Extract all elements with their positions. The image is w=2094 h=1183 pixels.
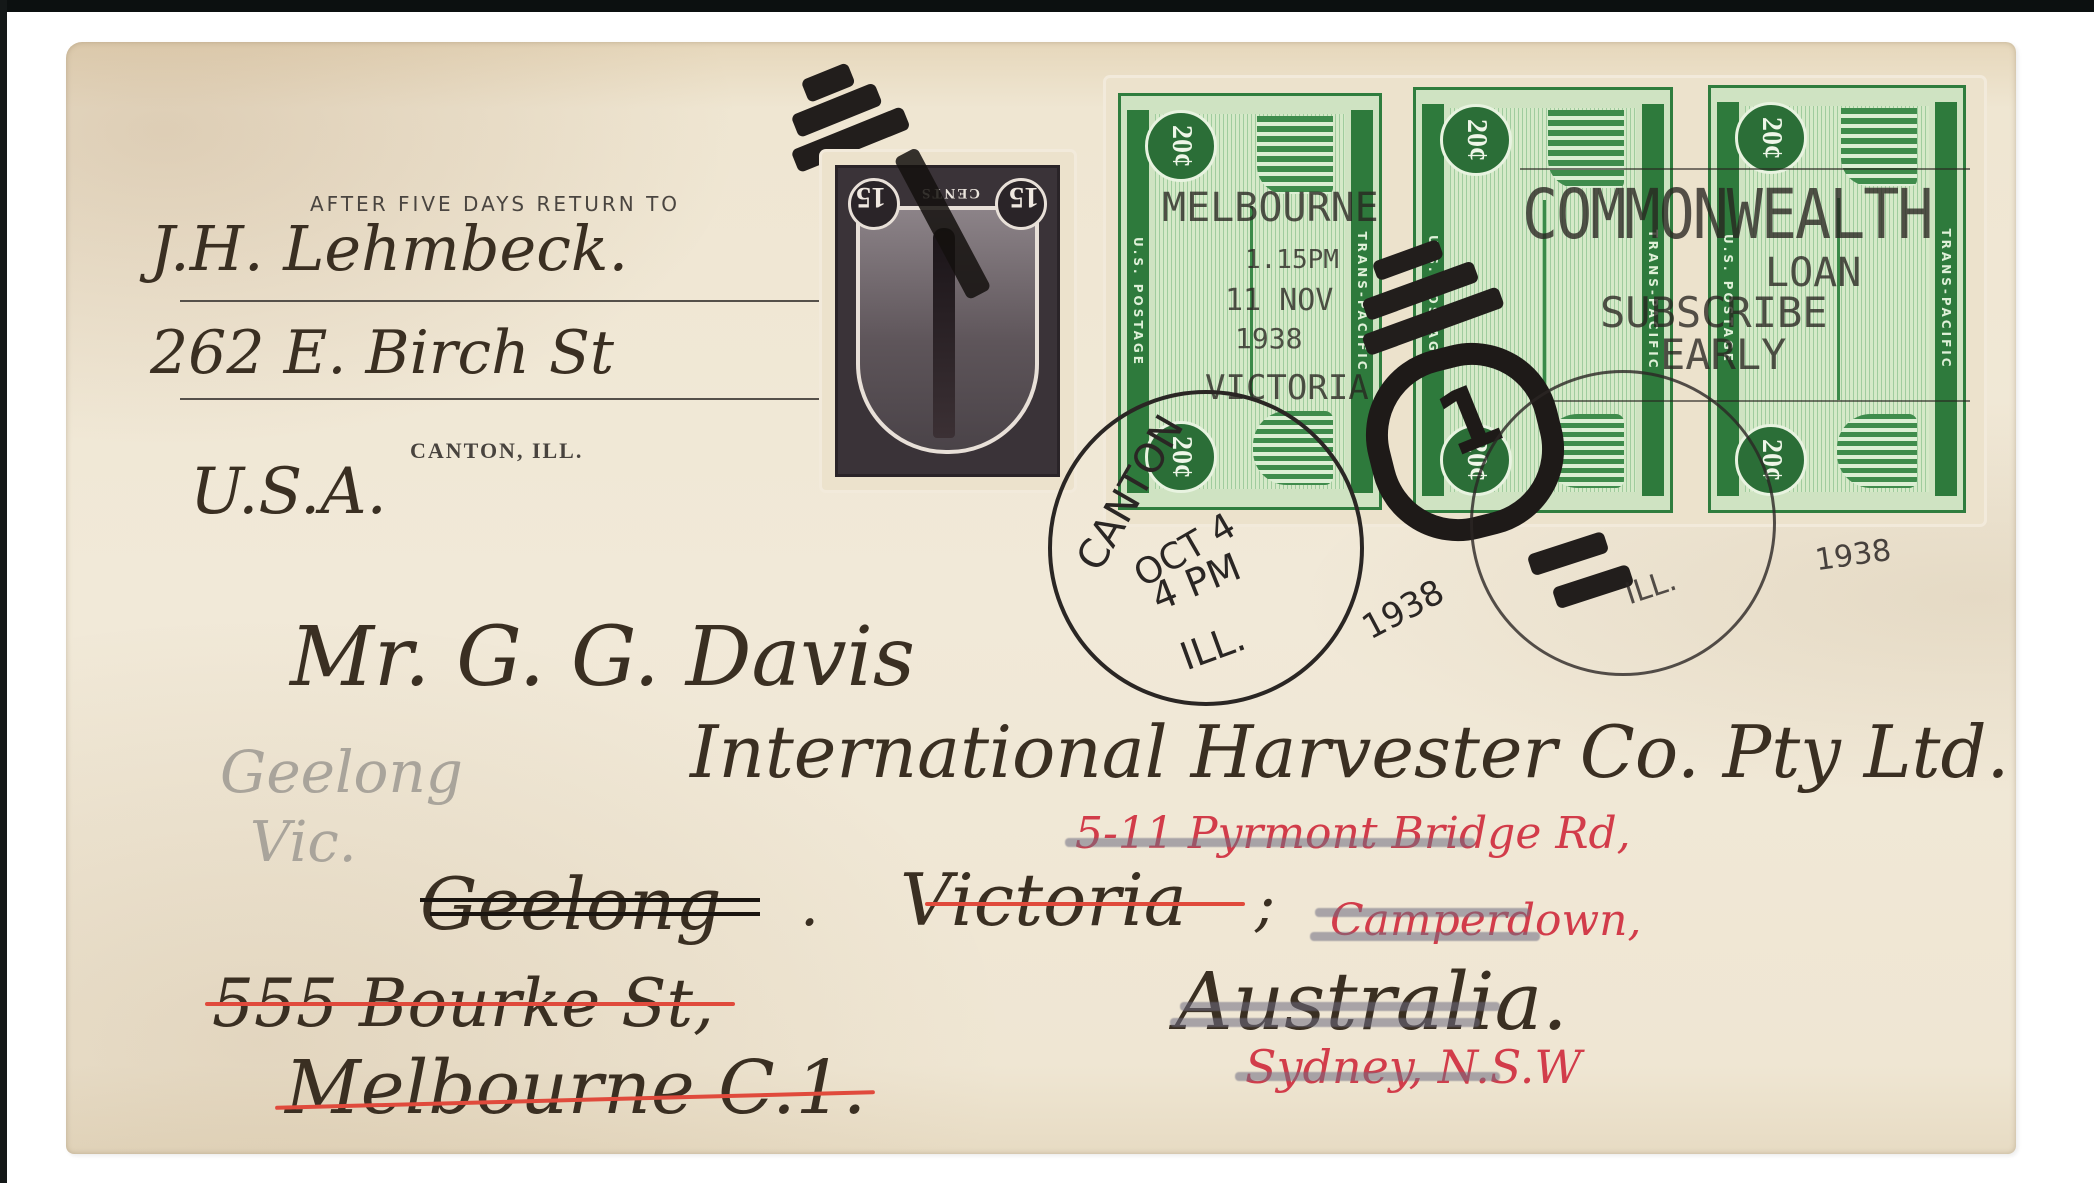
stamp-value: 20¢	[1440, 104, 1512, 176]
pencil-note-state: Vic.	[250, 810, 357, 875]
machine-cancel-city: MELBOURNE	[1162, 185, 1379, 231]
original-city-period: .	[800, 870, 819, 940]
stamp-value: 15	[1009, 180, 1039, 214]
addressee-name: Mr. G. G. Davis	[290, 610, 915, 705]
strikethrough	[430, 912, 760, 916]
strikethrough-grey	[1170, 1018, 1480, 1027]
strikethrough-grey	[1180, 1002, 1500, 1011]
machine-cancel-year: 1938	[1235, 322, 1302, 355]
second-circle-postmark	[1470, 370, 1776, 676]
flag-shield-icon	[1257, 116, 1333, 194]
return-rule-2	[180, 398, 830, 400]
machine-cancel-date: 11 NOV	[1225, 283, 1333, 318]
stamp-value: 20¢	[1735, 102, 1807, 174]
stamp-value: 15	[856, 180, 886, 214]
return-street: 262 E. Birch St	[150, 318, 614, 388]
slogan-line-1: COMMONWEALTH	[1522, 175, 1931, 256]
pencil-note-city: Geelong	[220, 738, 463, 806]
forward-city-melbourne: Melbourne C.1.	[285, 1045, 866, 1131]
stamp-side-text: U.S. POSTAGE	[1131, 237, 1145, 367]
scan-border-top	[0, 0, 2094, 12]
slogan-rule-top	[1520, 168, 1970, 170]
strikethrough-grey	[1235, 1072, 1500, 1081]
shield-icon	[1837, 414, 1917, 488]
scan-border-left	[0, 0, 7, 1183]
original-state: Victoria	[900, 858, 1187, 942]
stamp-side-right: TRANS-PACIFIC	[1935, 102, 1957, 496]
strikethrough-grey	[1310, 932, 1540, 941]
forward-city: Sydney, N.S.W	[1245, 1040, 1582, 1094]
slogan-line-4: EARLY	[1660, 330, 1786, 379]
addressee-company: International Harvester Co. Pty Ltd.	[690, 710, 2009, 794]
strikethrough-red	[205, 1002, 735, 1006]
strikethrough-grey	[1065, 838, 1475, 847]
original-city: Geelong	[420, 862, 722, 946]
return-city: CANTON, ILL.	[410, 438, 583, 464]
machine-cancel-time: 1.15PM	[1245, 245, 1339, 275]
return-rule-1	[180, 300, 830, 302]
strikethrough-red	[925, 902, 1245, 906]
return-country: U.S.A.	[190, 455, 387, 529]
stamp-side-text: TRANS-PACIFIC	[1939, 228, 1953, 369]
strikethrough	[420, 898, 760, 902]
stamp-value: 20¢	[1145, 110, 1217, 182]
return-name: J.H. Lehmbeck.	[150, 212, 628, 285]
strikethrough-grey	[1315, 908, 1530, 917]
forward-street: 5-11 Pyrmont Bridge Rd,	[1075, 808, 1631, 859]
original-state-semicolon: ;	[1255, 870, 1275, 940]
